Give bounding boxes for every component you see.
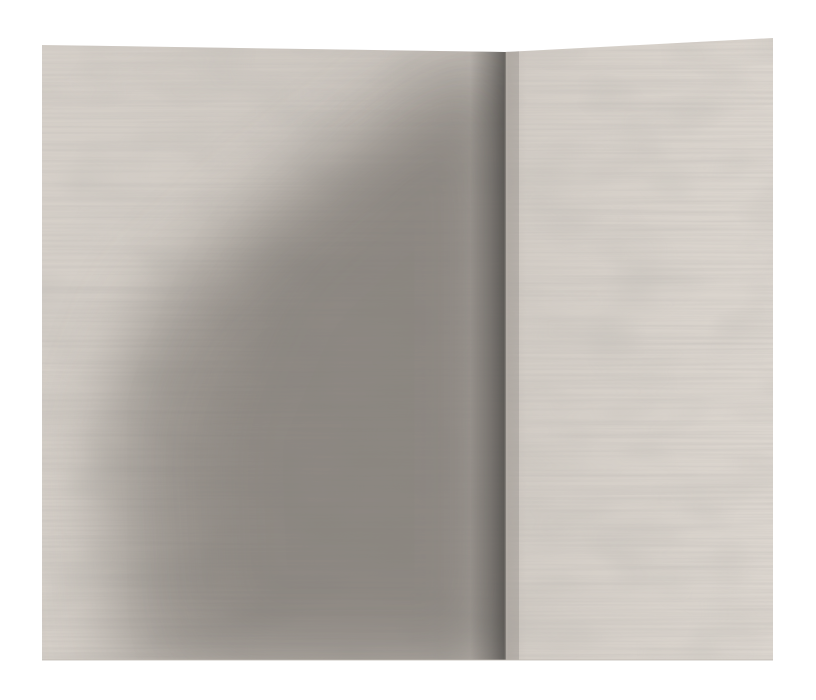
- wall-corner-render: [0, 0, 816, 700]
- textured-wall-image: [0, 0, 816, 700]
- left-wall-panel: [42, 40, 505, 680]
- right-wall-panel: [505, 30, 773, 660]
